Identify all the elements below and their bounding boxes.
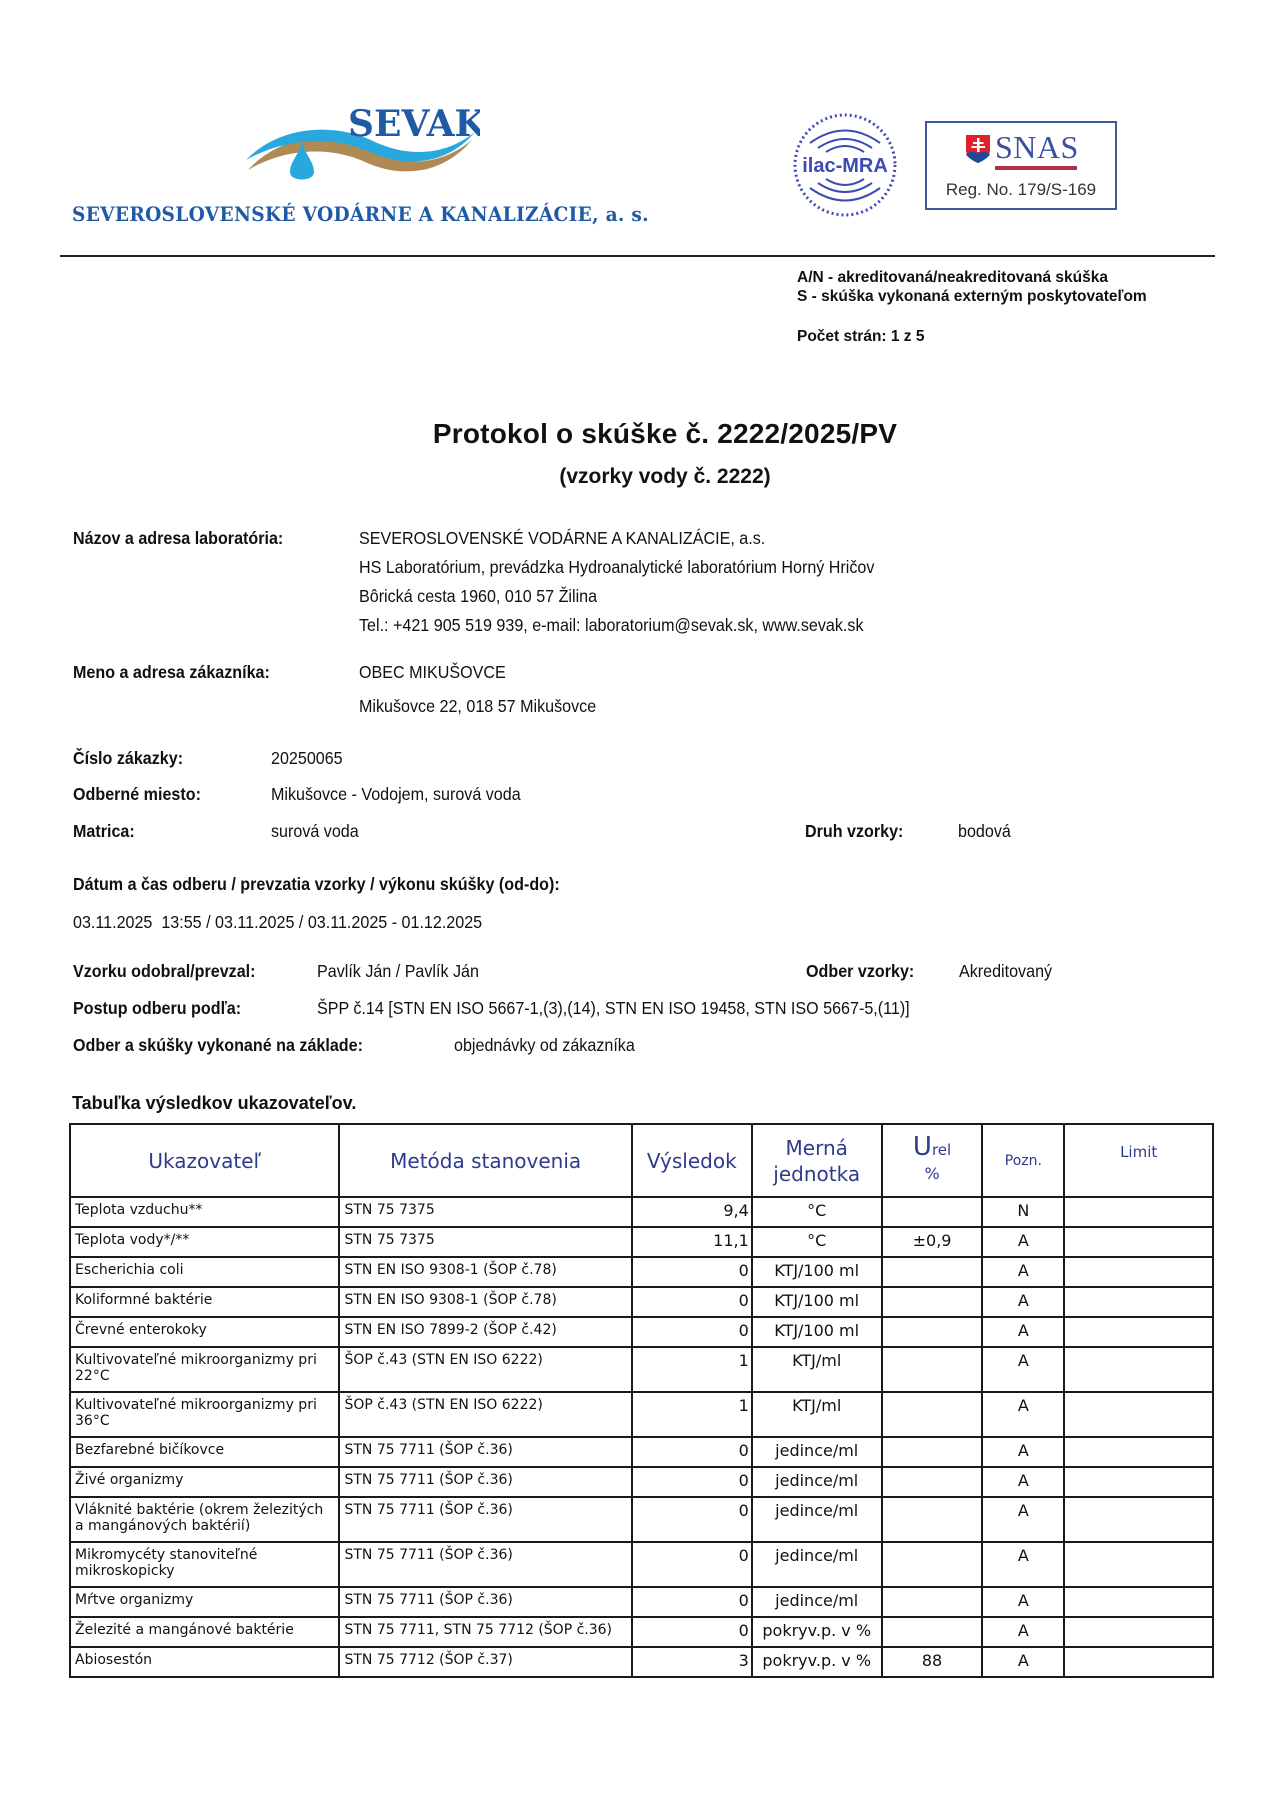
basis-label: Odber a skúšky vykonané na základe: [73, 1035, 363, 1056]
limit-cell [1064, 1617, 1213, 1647]
header-unit-line1: Merná [786, 1136, 848, 1160]
result-cell: 0 [632, 1257, 752, 1287]
urel-cell [882, 1587, 983, 1617]
result-cell: 1 [632, 1392, 752, 1437]
matrix-value: surová voda [271, 821, 359, 842]
sample-taken-label: Vzorku odobral/prevzal: [73, 961, 256, 982]
note-cell: A [982, 1437, 1064, 1467]
lab-line-3: Bôrická cesta 1960, 010 57 Žilina [359, 586, 597, 607]
sampling-site-label: Odberné miesto: [73, 784, 201, 805]
table-row: Teplota vody*/**STN 75 737511,1°C±0,9A [70, 1227, 1213, 1257]
urel-cell [882, 1542, 983, 1587]
indicator-cell: Kultivovateľné mikroorganizmy pri 22°C [70, 1347, 339, 1392]
table-row: Bezfarebné bičíkovceSTN 75 7711 (ŠOP č.3… [70, 1437, 1213, 1467]
indicator-cell: Teplota vzduchu** [70, 1197, 339, 1227]
note-cell: A [982, 1647, 1064, 1677]
header-method: Metóda stanovenia [339, 1124, 631, 1197]
unit-cell: jedince/ml [752, 1587, 882, 1617]
urel-cell [882, 1347, 983, 1392]
unit-cell: °C [752, 1197, 882, 1227]
customer-name: OBEC MIKUŠOVCE [359, 662, 506, 683]
company-name: SEVEROSLOVENSKÉ VODÁRNE A KANALIZÁCIE, a… [72, 202, 649, 226]
note-cell: N [982, 1197, 1064, 1227]
header-urel: Urel% [882, 1124, 983, 1197]
procedure-value: ŠPP č.14 [STN EN ISO 5667-1,(3),(14), ST… [317, 998, 910, 1019]
unit-cell: KTJ/ml [752, 1347, 882, 1392]
limit-cell [1064, 1347, 1213, 1392]
limit-cell [1064, 1227, 1213, 1257]
snas-reg-number: Reg. No. 179/S-169 [927, 180, 1115, 200]
limit-cell [1064, 1497, 1213, 1542]
urel-cell [882, 1467, 983, 1497]
table-row: Teplota vzduchu**STN 75 73759,4°CN [70, 1197, 1213, 1227]
result-cell: 0 [632, 1437, 752, 1467]
sampling-mode-value: Akreditovaný [959, 961, 1052, 982]
unit-cell: KTJ/100 ml [752, 1257, 882, 1287]
method-cell: STN 75 7711 (ŠOP č.36) [339, 1587, 631, 1617]
limit-cell [1064, 1392, 1213, 1437]
header-urel-sub: rel [932, 1141, 951, 1159]
protocol-title: Protokol o skúške č. 2222/2025/PV [0, 418, 1280, 450]
urel-cell: 88 [882, 1647, 983, 1677]
sample-taken-value: Pavlík Ján / Pavlík Ján [317, 961, 479, 982]
results-table: Ukazovateľ Metóda stanovenia Výsledok Me… [69, 1123, 1214, 1678]
limit-cell [1064, 1197, 1213, 1227]
sevak-logo-text: SEVAK [348, 103, 480, 145]
unit-cell: jedince/ml [752, 1497, 882, 1542]
customer-label: Meno a adresa zákazníka: [73, 662, 270, 683]
urel-cell [882, 1257, 983, 1287]
header-limit: Limit [1064, 1124, 1213, 1197]
note-cell: A [982, 1257, 1064, 1287]
ilac-text: ilac-MRA [802, 155, 888, 177]
header-note: Pozn. [982, 1124, 1064, 1197]
customer-address: Mikušovce 22, 018 57 Mikušovce [359, 696, 596, 717]
unit-cell: jedince/ml [752, 1542, 882, 1587]
method-cell: STN 75 7711 (ŠOP č.36) [339, 1437, 631, 1467]
header-divider [60, 255, 1215, 257]
result-cell: 0 [632, 1617, 752, 1647]
result-cell: 11,1 [632, 1227, 752, 1257]
legend: A/N - akreditovaná/neakreditovaná skúška… [797, 268, 1147, 306]
method-cell: STN EN ISO 9308-1 (ŠOP č.78) [339, 1287, 631, 1317]
note-cell: A [982, 1347, 1064, 1392]
method-cell: STN EN ISO 9308-1 (ŠOP č.78) [339, 1257, 631, 1287]
note-cell: A [982, 1392, 1064, 1437]
limit-cell [1064, 1437, 1213, 1467]
sampling-site: Mikušovce - Vodojem, surová voda [271, 784, 521, 805]
urel-cell [882, 1197, 983, 1227]
result-cell: 0 [632, 1317, 752, 1347]
indicator-cell: Vláknité baktérie (okrem železitých a ma… [70, 1497, 339, 1542]
limit-cell [1064, 1257, 1213, 1287]
result-cell: 9,4 [632, 1197, 752, 1227]
urel-cell [882, 1287, 983, 1317]
urel-cell [882, 1392, 983, 1437]
method-cell: STN 75 7711 (ŠOP č.36) [339, 1467, 631, 1497]
method-cell: STN 75 7711, STN 75 7712 (ŠOP č.36) [339, 1617, 631, 1647]
unit-cell: KTJ/100 ml [752, 1317, 882, 1347]
table-row: Črevné enterokokySTN EN ISO 7899-2 (ŠOP … [70, 1317, 1213, 1347]
limit-cell [1064, 1467, 1213, 1497]
limit-cell [1064, 1317, 1213, 1347]
note-cell: A [982, 1287, 1064, 1317]
table-row: Kultivovateľné mikroorganizmy pri 22°CŠO… [70, 1347, 1213, 1392]
page-count: Počet strán: 1 z 5 [797, 328, 925, 346]
urel-cell [882, 1317, 983, 1347]
snas-accreditation-box: SNAS Reg. No. 179/S-169 [925, 121, 1117, 210]
header-unit-line2: jednotka [773, 1162, 860, 1186]
method-cell: STN 75 7712 (ŠOP č.37) [339, 1647, 631, 1677]
indicator-cell: Abiosestón [70, 1647, 339, 1677]
lab-line-2: HS Laboratórium, prevádzka Hydroanalytic… [359, 557, 874, 578]
note-cell: A [982, 1497, 1064, 1542]
indicator-cell: Teplota vody*/** [70, 1227, 339, 1257]
limit-cell [1064, 1647, 1213, 1677]
table-row: Mŕtve organizmySTN 75 7711 (ŠOP č.36)0je… [70, 1587, 1213, 1617]
dates-value: 03.11.2025 13:55 / 03.11.2025 / 03.11.20… [73, 912, 482, 933]
table-row: Mikromycéty stanoviteľné mikroskopickyST… [70, 1542, 1213, 1587]
result-cell: 1 [632, 1347, 752, 1392]
method-cell: STN 75 7375 [339, 1197, 631, 1227]
urel-cell [882, 1617, 983, 1647]
order-number-label: Číslo zákazky: [73, 748, 183, 769]
lab-line-1: SEVEROSLOVENSKÉ VODÁRNE A KANALIZÁCIE, a… [359, 528, 765, 549]
method-cell: ŠOP č.43 (STN EN ISO 6222) [339, 1347, 631, 1392]
lab-line-4: Tel.: +421 905 519 939, e-mail: laborato… [359, 615, 864, 636]
header-urel-pct: % [924, 1164, 939, 1183]
method-cell: STN 75 7375 [339, 1227, 631, 1257]
unit-cell: °C [752, 1227, 882, 1257]
snas-underline [995, 166, 1077, 170]
lab-label: Názov a adresa laboratória: [73, 528, 283, 549]
result-cell: 0 [632, 1587, 752, 1617]
sample-type-label: Druh vzorky: [805, 821, 903, 842]
legend-line-an: A/N - akreditovaná/neakreditovaná skúška [797, 268, 1147, 287]
method-cell: STN 75 7711 (ŠOP č.36) [339, 1497, 631, 1542]
urel-cell [882, 1497, 983, 1542]
unit-cell: pokryv.p. v % [752, 1617, 882, 1647]
sampling-mode-label: Odber vzorky: [806, 961, 914, 982]
method-cell: ŠOP č.43 (STN EN ISO 6222) [339, 1392, 631, 1437]
method-cell: STN 75 7711 (ŠOP č.36) [339, 1542, 631, 1587]
procedure-label: Postup odberu podľa: [73, 998, 241, 1019]
indicator-cell: Kultivovateľné mikroorganizmy pri 36°C [70, 1392, 339, 1437]
table-row: Escherichia coliSTN EN ISO 9308-1 (ŠOP č… [70, 1257, 1213, 1287]
unit-cell: jedince/ml [752, 1467, 882, 1497]
results-header-row: Ukazovateľ Metóda stanovenia Výsledok Me… [70, 1124, 1213, 1197]
indicator-cell: Živé organizmy [70, 1467, 339, 1497]
note-cell: A [982, 1227, 1064, 1257]
indicator-cell: Escherichia coli [70, 1257, 339, 1287]
urel-cell: ±0,9 [882, 1227, 983, 1257]
basis-value: objednávky od zákazníka [454, 1035, 635, 1056]
header-indicator: Ukazovateľ [70, 1124, 339, 1197]
result-cell: 0 [632, 1542, 752, 1587]
table-row: Živé organizmySTN 75 7711 (ŠOP č.36)0jed… [70, 1467, 1213, 1497]
note-cell: A [982, 1542, 1064, 1587]
method-cell: STN EN ISO 7899-2 (ŠOP č.42) [339, 1317, 631, 1347]
slovak-shield-icon [965, 134, 991, 164]
urel-cell [882, 1437, 983, 1467]
result-cell: 0 [632, 1467, 752, 1497]
table-row: Koliformné baktérieSTN EN ISO 9308-1 (ŠO… [70, 1287, 1213, 1317]
result-cell: 3 [632, 1647, 752, 1677]
indicator-cell: Železité a mangánové baktérie [70, 1617, 339, 1647]
indicator-cell: Mikromycéty stanoviteľné mikroskopicky [70, 1542, 339, 1587]
header-urel-u: U [913, 1132, 932, 1162]
table-row: AbiosestónSTN 75 7712 (ŠOP č.37)3pokryv.… [70, 1647, 1213, 1677]
protocol-subtitle: (vzorky vody č. 2222) [0, 465, 1280, 489]
unit-cell: KTJ/100 ml [752, 1287, 882, 1317]
table-row: Železité a mangánové baktérieSTN 75 7711… [70, 1617, 1213, 1647]
unit-cell: jedince/ml [752, 1437, 882, 1467]
limit-cell [1064, 1542, 1213, 1587]
sample-type-value: bodová [958, 821, 1011, 842]
note-cell: A [982, 1587, 1064, 1617]
legend-line-s: S - skúška vykonaná externým poskytovate… [797, 287, 1147, 306]
order-number: 20250065 [271, 748, 343, 769]
limit-cell [1064, 1587, 1213, 1617]
indicator-cell: Črevné enterokoky [70, 1317, 339, 1347]
snas-text: SNAS [995, 129, 1079, 166]
indicator-cell: Bezfarebné bičíkovce [70, 1437, 339, 1467]
note-cell: A [982, 1467, 1064, 1497]
dates-label: Dátum a čas odberu / prevzatia vzorky / … [73, 874, 560, 895]
indicator-cell: Mŕtve organizmy [70, 1587, 339, 1617]
result-cell: 0 [632, 1287, 752, 1317]
header-result: Výsledok [632, 1124, 752, 1197]
indicator-cell: Koliformné baktérie [70, 1287, 339, 1317]
note-cell: A [982, 1317, 1064, 1347]
result-cell: 0 [632, 1497, 752, 1542]
unit-cell: pokryv.p. v % [752, 1647, 882, 1677]
note-cell: A [982, 1617, 1064, 1647]
sevak-logo: SEVAK [240, 100, 480, 190]
unit-cell: KTJ/ml [752, 1392, 882, 1437]
ilac-mra-logo: ilac-MRA [790, 108, 900, 223]
table-row: Vláknité baktérie (okrem železitých a ma… [70, 1497, 1213, 1542]
header-unit: Mernájednotka [752, 1124, 882, 1197]
limit-cell [1064, 1287, 1213, 1317]
matrix-label: Matrica: [73, 821, 135, 842]
results-title: Tabuľka výsledkov ukazovateľov. [72, 1093, 356, 1114]
results-body: Teplota vzduchu**STN 75 73759,4°CNTeplot… [70, 1197, 1213, 1677]
table-row: Kultivovateľné mikroorganizmy pri 36°CŠO… [70, 1392, 1213, 1437]
